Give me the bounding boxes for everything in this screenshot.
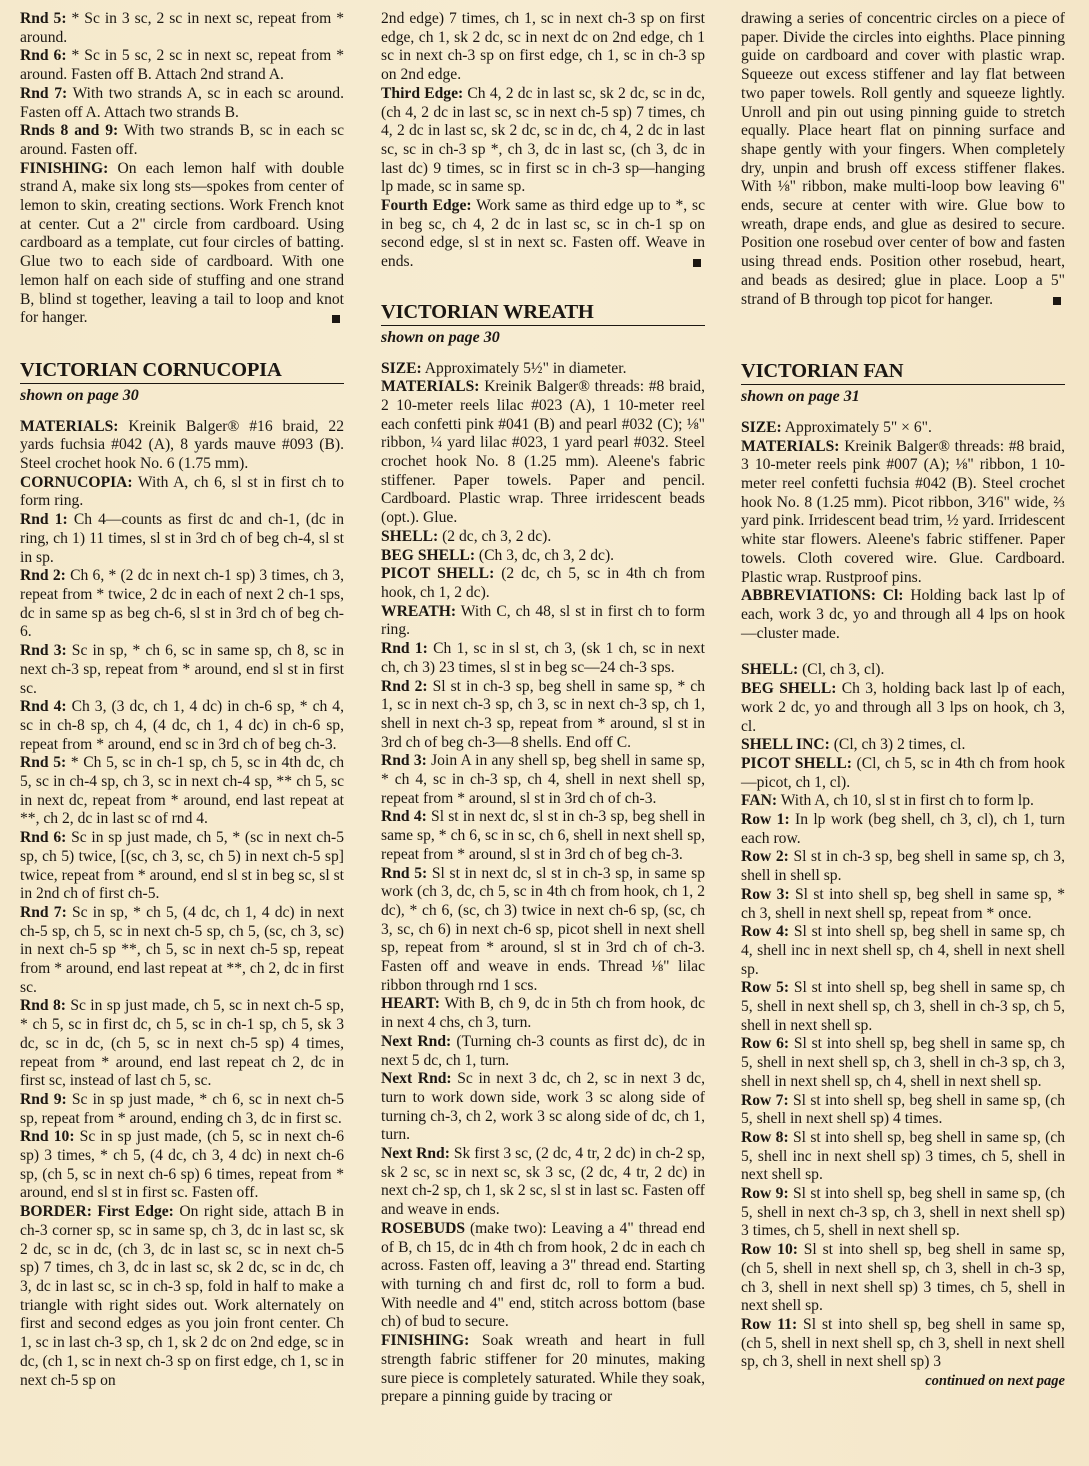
instruction-label: Rnd 7: [20,85,67,102]
instruction-paragraph: MATERIALS: Kreinik Balger® threads: #8 b… [381,378,705,528]
instruction-paragraph: Rnd 5: * Ch 5, sc in ch-1 sp, ch 5, sc i… [20,754,344,829]
instruction-label: Rnds 8 and 9: [20,122,118,139]
instruction-label: BEG SHELL: [381,547,475,564]
instruction-text: * Sc in 3 sc, 2 sc in next sc, repeat fr… [20,10,344,46]
instruction-paragraph: Row 3: Sl st into shell sp, beg shell in… [741,886,1065,923]
instruction-text: (Ch 3, dc, ch 3, 2 dc). [475,547,614,564]
instruction-label: Next Rnd: [381,1070,452,1087]
instruction-paragraph: Rnd 6: * Sc in 5 sc, 2 sc in next sc, re… [20,47,344,84]
instruction-label: Rnd 10: [20,1128,75,1145]
instruction-paragraph: PICOT SHELL: (Cl, ch 5, sc in 4th ch fro… [741,755,1065,792]
instruction-label: HEART: [381,995,440,1012]
instruction-text: * Ch 5, sc in ch-1 sp, ch 5, sc in 4th d… [20,754,344,827]
instruction-text: Ch 6, * (2 dc in next ch-1 sp) 3 times, … [20,567,344,640]
instruction-paragraph: Rnd 6: Sc in sp just made, ch 5, * (sc i… [20,829,344,904]
instruction-text: Sc in sp just made, ch 5, * (sc in next … [20,829,344,902]
instruction-label: Next Rnd: [381,1145,450,1162]
instruction-paragraph: FINISHING: On each lemon half with doubl… [20,160,344,328]
instruction-paragraph: Rnd 1: Ch 1, sc in sl st, ch 3, (sk 1 ch… [381,640,705,677]
instruction-text: In lp work (beg shell, ch 3, cl), ch 1, … [741,811,1065,847]
instruction-paragraph: Rnd 5: * Sc in 3 sc, 2 sc in next sc, re… [20,10,344,47]
instruction-text: (Cl, ch 3, cl). [798,661,884,678]
continued-note: continued on next page [741,1372,1065,1391]
section-gap [381,272,705,300]
instruction-label: Next Rnd: [381,1033,451,1050]
instruction-text: * Sc in 5 sc, 2 sc in next sc, repeat fr… [20,47,344,83]
instruction-label: Rnd 2: [381,678,428,695]
instruction-text: Sc in sp, * ch 5, (4 dc, ch 1, 4 dc) in … [20,904,344,996]
instruction-label: MATERIALS: [20,418,118,435]
instruction-text: Sl st into shell sp, beg shell in same s… [741,1129,1065,1183]
instruction-label: SHELL INC: [741,736,830,753]
instruction-paragraph: Rnds 8 and 9: With two strands B, sc in … [20,122,344,159]
instruction-text: Sc in sp just made, * ch 6, sc in next c… [20,1091,344,1127]
instruction-paragraph: MATERIALS: Kreinik Balger® #16 braid, 22… [20,418,344,474]
instruction-label: Rnd 4: [20,698,67,715]
instruction-label: PICOT SHELL: [741,755,852,772]
instruction-text: drawing a series of concentric circles o… [741,10,1065,308]
magazine-page: Rnd 5: * Sc in 3 sc, 2 sc in next sc, re… [0,0,1089,1466]
instruction-text: Sc in sp just made, ch 5, sc in next ch-… [20,997,344,1089]
end-of-article-square-icon [1053,297,1061,305]
instruction-paragraph: Rnd 5: Sl st in next dc, sl st in ch-3 s… [381,865,705,996]
instruction-label: Rnd 3: [381,752,427,769]
instruction-paragraph: SHELL: (Cl, ch 3, cl). [741,661,1065,680]
instruction-paragraph: Rnd 2: Ch 6, * (2 dc in next ch-1 sp) 3 … [20,567,344,642]
instruction-paragraph: Row 10: Sl st into shell sp, beg shell i… [741,1241,1065,1316]
instruction-text: Approximately 5½" in diameter. [422,360,627,377]
instruction-paragraph: Rnd 7: With two strands A, sc in each sc… [20,85,344,122]
instruction-paragraph: FAN: With A, ch 10, sl st in first ch to… [741,792,1065,811]
instruction-paragraph: Next Rnd: (Turning ch-3 counts as first … [381,1033,705,1070]
instruction-paragraph: Rnd 3: Join A in any shell sp, beg shell… [381,752,705,808]
instruction-paragraph: WREATH: With C, ch 48, sl st in first ch… [381,603,705,640]
instruction-paragraph: Rnd 2: Sl st in ch-3 sp, beg shell in sa… [381,678,705,753]
instruction-label: Rnd 3: [20,642,67,659]
instruction-text: On each lemon half with double strand A,… [20,160,344,327]
instruction-label: FINISHING: [381,1332,469,1349]
instruction-text: With two strands A, sc in each sc around… [20,85,344,121]
instruction-paragraph: Rnd 7: Sc in sp, * ch 5, (4 dc, ch 1, 4 … [20,904,344,998]
instruction-text: Ch 3, (3 dc, ch 1, 4 dc) in ch-6 sp, * c… [20,698,344,752]
instruction-paragraph: ROSEBUDS (make two): Leaving a 4" thread… [381,1220,705,1332]
instruction-paragraph: Row 7: Sl st into shell sp, beg shell in… [741,1092,1065,1129]
shown-on-page-note: shown on page 31 [741,388,1065,407]
instruction-label: FAN: [741,792,777,809]
column-right: drawing a series of concentric circles o… [741,10,1065,1391]
instruction-paragraph: drawing a series of concentric circles o… [741,10,1065,309]
section-heading: VICTORIAN FAN [741,359,1065,385]
instruction-text: Sl st into shell sp, beg shell in same s… [741,1092,1065,1128]
instruction-label: SHELL: [741,661,798,678]
instruction-label: ABBREVIATIONS: Cl: [741,587,904,604]
instruction-label: PICOT SHELL: [381,565,494,582]
instruction-text: (2 dc, ch 3, 2 dc). [438,528,551,545]
instruction-label: BORDER: First Edge: [20,1203,174,1220]
instruction-paragraph: BORDER: First Edge: On right side, attac… [20,1203,344,1390]
instruction-label: Rnd 6: [20,47,67,64]
instruction-label: Row 5: [741,979,789,996]
instruction-paragraph: Next Rnd: Sk first 3 sc, (2 dc, 4 tr, 2 … [381,1145,705,1220]
instruction-label: SIZE: [381,360,422,377]
instruction-label: Row 6: [741,1035,789,1052]
instruction-text: Join A in any shell sp, beg shell in sam… [381,752,705,806]
instruction-paragraph: Row 5: Sl st into shell sp, beg shell in… [741,979,1065,1035]
instruction-text: Ch 1, sc in sl st, ch 3, (sk 1 ch, sc in… [381,640,705,676]
section-gap [741,643,1065,661]
instruction-text: Sl st in ch-3 sp, beg shell in same sp, … [741,848,1065,884]
instruction-paragraph: Row 8: Sl st into shell sp, beg shell in… [741,1129,1065,1185]
instruction-label: Rnd 8: [20,997,66,1014]
instruction-text: Sl st in next dc, sl st in ch-3 sp, beg … [381,808,705,862]
instruction-label: Rnd 2: [20,567,66,584]
instruction-label: Third Edge: [381,85,463,102]
instruction-text: (Cl, ch 3) 2 times, cl. [830,736,966,753]
instruction-label: Row 8: [741,1129,789,1146]
shown-on-page-note: shown on page 30 [20,387,344,406]
instruction-label: Rnd 5: [20,754,66,771]
instruction-label: Rnd 5: [381,865,427,882]
instruction-label: Row 9: [741,1185,789,1202]
instruction-label: Rnd 1: [20,511,68,528]
instruction-text: Sc in sp, * ch 6, sc in same sp, ch 8, s… [20,642,344,696]
instruction-label: Row 11: [741,1316,797,1333]
instruction-label: FINISHING: [20,160,108,177]
column-left: Rnd 5: * Sc in 3 sc, 2 sc in next sc, re… [20,10,344,1390]
instruction-paragraph: Rnd 8: Sc in sp just made, ch 5, sc in n… [20,997,344,1091]
instruction-paragraph: Row 6: Sl st into shell sp, beg shell in… [741,1035,1065,1091]
instruction-label: Row 10: [741,1241,798,1258]
section-heading: VICTORIAN WREATH [381,300,705,326]
instruction-paragraph: FINISHING: Soak wreath and heart in full… [381,1332,705,1407]
instruction-label: Rnd 5: [20,10,67,27]
instruction-label: Rnd 6: [20,829,66,846]
instruction-paragraph: Fourth Edge: Work same as third edge up … [381,197,705,272]
instruction-text: With A, ch 10, sl st in first ch to form… [777,792,1034,809]
instruction-label: Rnd 7: [20,904,67,921]
instruction-paragraph: BEG SHELL: (Ch 3, dc, ch 3, 2 dc). [381,547,705,566]
instruction-text: Sl st in ch-3 sp, beg shell in same sp, … [381,678,705,751]
instruction-label: Fourth Edge: [381,197,472,214]
instruction-label: Row 4: [741,923,789,940]
instruction-paragraph: Row 4: Sl st into shell sp, beg shell in… [741,923,1065,979]
instruction-label: Rnd 1: [381,640,428,657]
end-of-article-square-icon [332,315,340,323]
instruction-paragraph: HEART: With B, ch 9, dc in 5th ch from h… [381,995,705,1032]
end-of-article-square-icon [693,259,701,267]
instruction-text: Sl st into shell sp, beg shell in same s… [741,886,1065,922]
instruction-label: MATERIALS: [381,378,479,395]
instruction-paragraph: SHELL: (2 dc, ch 3, 2 dc). [381,528,705,547]
instruction-label: Row 3: [741,886,790,903]
instruction-paragraph: Row 1: In lp work (beg shell, ch 3, cl),… [741,811,1065,848]
instruction-text: 2nd edge) 7 times, ch 1, sc in next ch-3… [381,10,705,83]
instruction-paragraph: CORNUCOPIA: With A, ch 6, sl st in first… [20,474,344,511]
instruction-label: SIZE: [741,419,782,436]
instruction-paragraph: Rnd 10: Sc in sp just made, (ch 5, sc in… [20,1128,344,1203]
instruction-label: WREATH: [381,603,456,620]
instruction-label: ROSEBUDS [381,1220,465,1237]
instruction-text: Sl st into shell sp, beg shell in same s… [741,923,1065,977]
instruction-text: Approximately 5" × 6". [782,419,932,436]
instruction-paragraph: Rnd 4: Sl st in next dc, sl st in ch-3 s… [381,808,705,864]
instruction-paragraph: Row 11: Sl st into shell sp, beg shell i… [741,1316,1065,1372]
section-gap [20,328,344,358]
instruction-label: MATERIALS: [741,438,839,455]
instruction-paragraph: SIZE: Approximately 5½" in diameter. [381,360,705,379]
shown-on-page-note: shown on page 30 [381,329,705,348]
instruction-text: Ch 4—counts as first dc and ch-1, (dc in… [20,511,344,565]
instruction-text: Kreinik Balger® threads: #8 braid, 2 10-… [381,378,705,526]
instruction-paragraph: Row 2: Sl st in ch-3 sp, beg shell in sa… [741,848,1065,885]
section-gap [741,309,1065,359]
column-middle: 2nd edge) 7 times, ch 1, sc in next ch-3… [381,10,705,1407]
instruction-label: CORNUCOPIA: [20,474,133,491]
instruction-text: On right side, attach B in ch-3 corner s… [20,1203,344,1388]
instruction-label: SHELL: [381,528,438,545]
instruction-paragraph: Rnd 3: Sc in sp, * ch 6, sc in same sp, … [20,642,344,698]
instruction-text: Sl st into shell sp, beg shell in same s… [741,1185,1065,1239]
instruction-label: BEG SHELL: [741,680,836,697]
instruction-paragraph: SIZE: Approximately 5" × 6". [741,419,1065,438]
instruction-paragraph: PICOT SHELL: (2 dc, ch 5, sc in 4th ch f… [381,565,705,602]
instruction-paragraph: Third Edge: Ch 4, 2 dc in last sc, sk 2 … [381,85,705,197]
instruction-text: Sl st into shell sp, beg shell in same s… [741,1035,1065,1089]
instruction-paragraph: Row 9: Sl st into shell sp, beg shell in… [741,1185,1065,1241]
instruction-text: Sl st in next dc, sl st in ch-3 sp, in s… [381,865,705,994]
instruction-paragraph: Rnd 4: Ch 3, (3 dc, ch 1, 4 dc) in ch-6 … [20,698,344,754]
instruction-label: Row 7: [741,1092,789,1109]
instruction-paragraph: 2nd edge) 7 times, ch 1, sc in next ch-3… [381,10,705,85]
instruction-label: Row 1: [741,811,790,828]
instruction-paragraph: MATERIALS: Kreinik Balger® threads: #8 b… [741,438,1065,588]
instruction-text: Sl st into shell sp, beg shell in same s… [741,979,1065,1033]
instruction-paragraph: Next Rnd: Sc in next 3 dc, ch 2, sc in n… [381,1070,705,1145]
instruction-paragraph: ABBREVIATIONS: Cl: Holding back last lp … [741,587,1065,643]
instruction-paragraph: Rnd 9: Sc in sp just made, * ch 6, sc in… [20,1091,344,1128]
instruction-label: Rnd 9: [20,1091,67,1108]
section-heading: VICTORIAN CORNUCOPIA [20,358,344,384]
instruction-text: Kreinik Balger® threads: #8 braid, 3 10-… [741,438,1065,586]
instruction-label: Rnd 4: [381,808,427,825]
instruction-paragraph: SHELL INC: (Cl, ch 3) 2 times, cl. [741,736,1065,755]
instruction-paragraph: BEG SHELL: Ch 3, holding back last lp of… [741,680,1065,736]
instruction-paragraph: Rnd 1: Ch 4—counts as first dc and ch-1,… [20,511,344,567]
instruction-label: Row 2: [741,848,789,865]
